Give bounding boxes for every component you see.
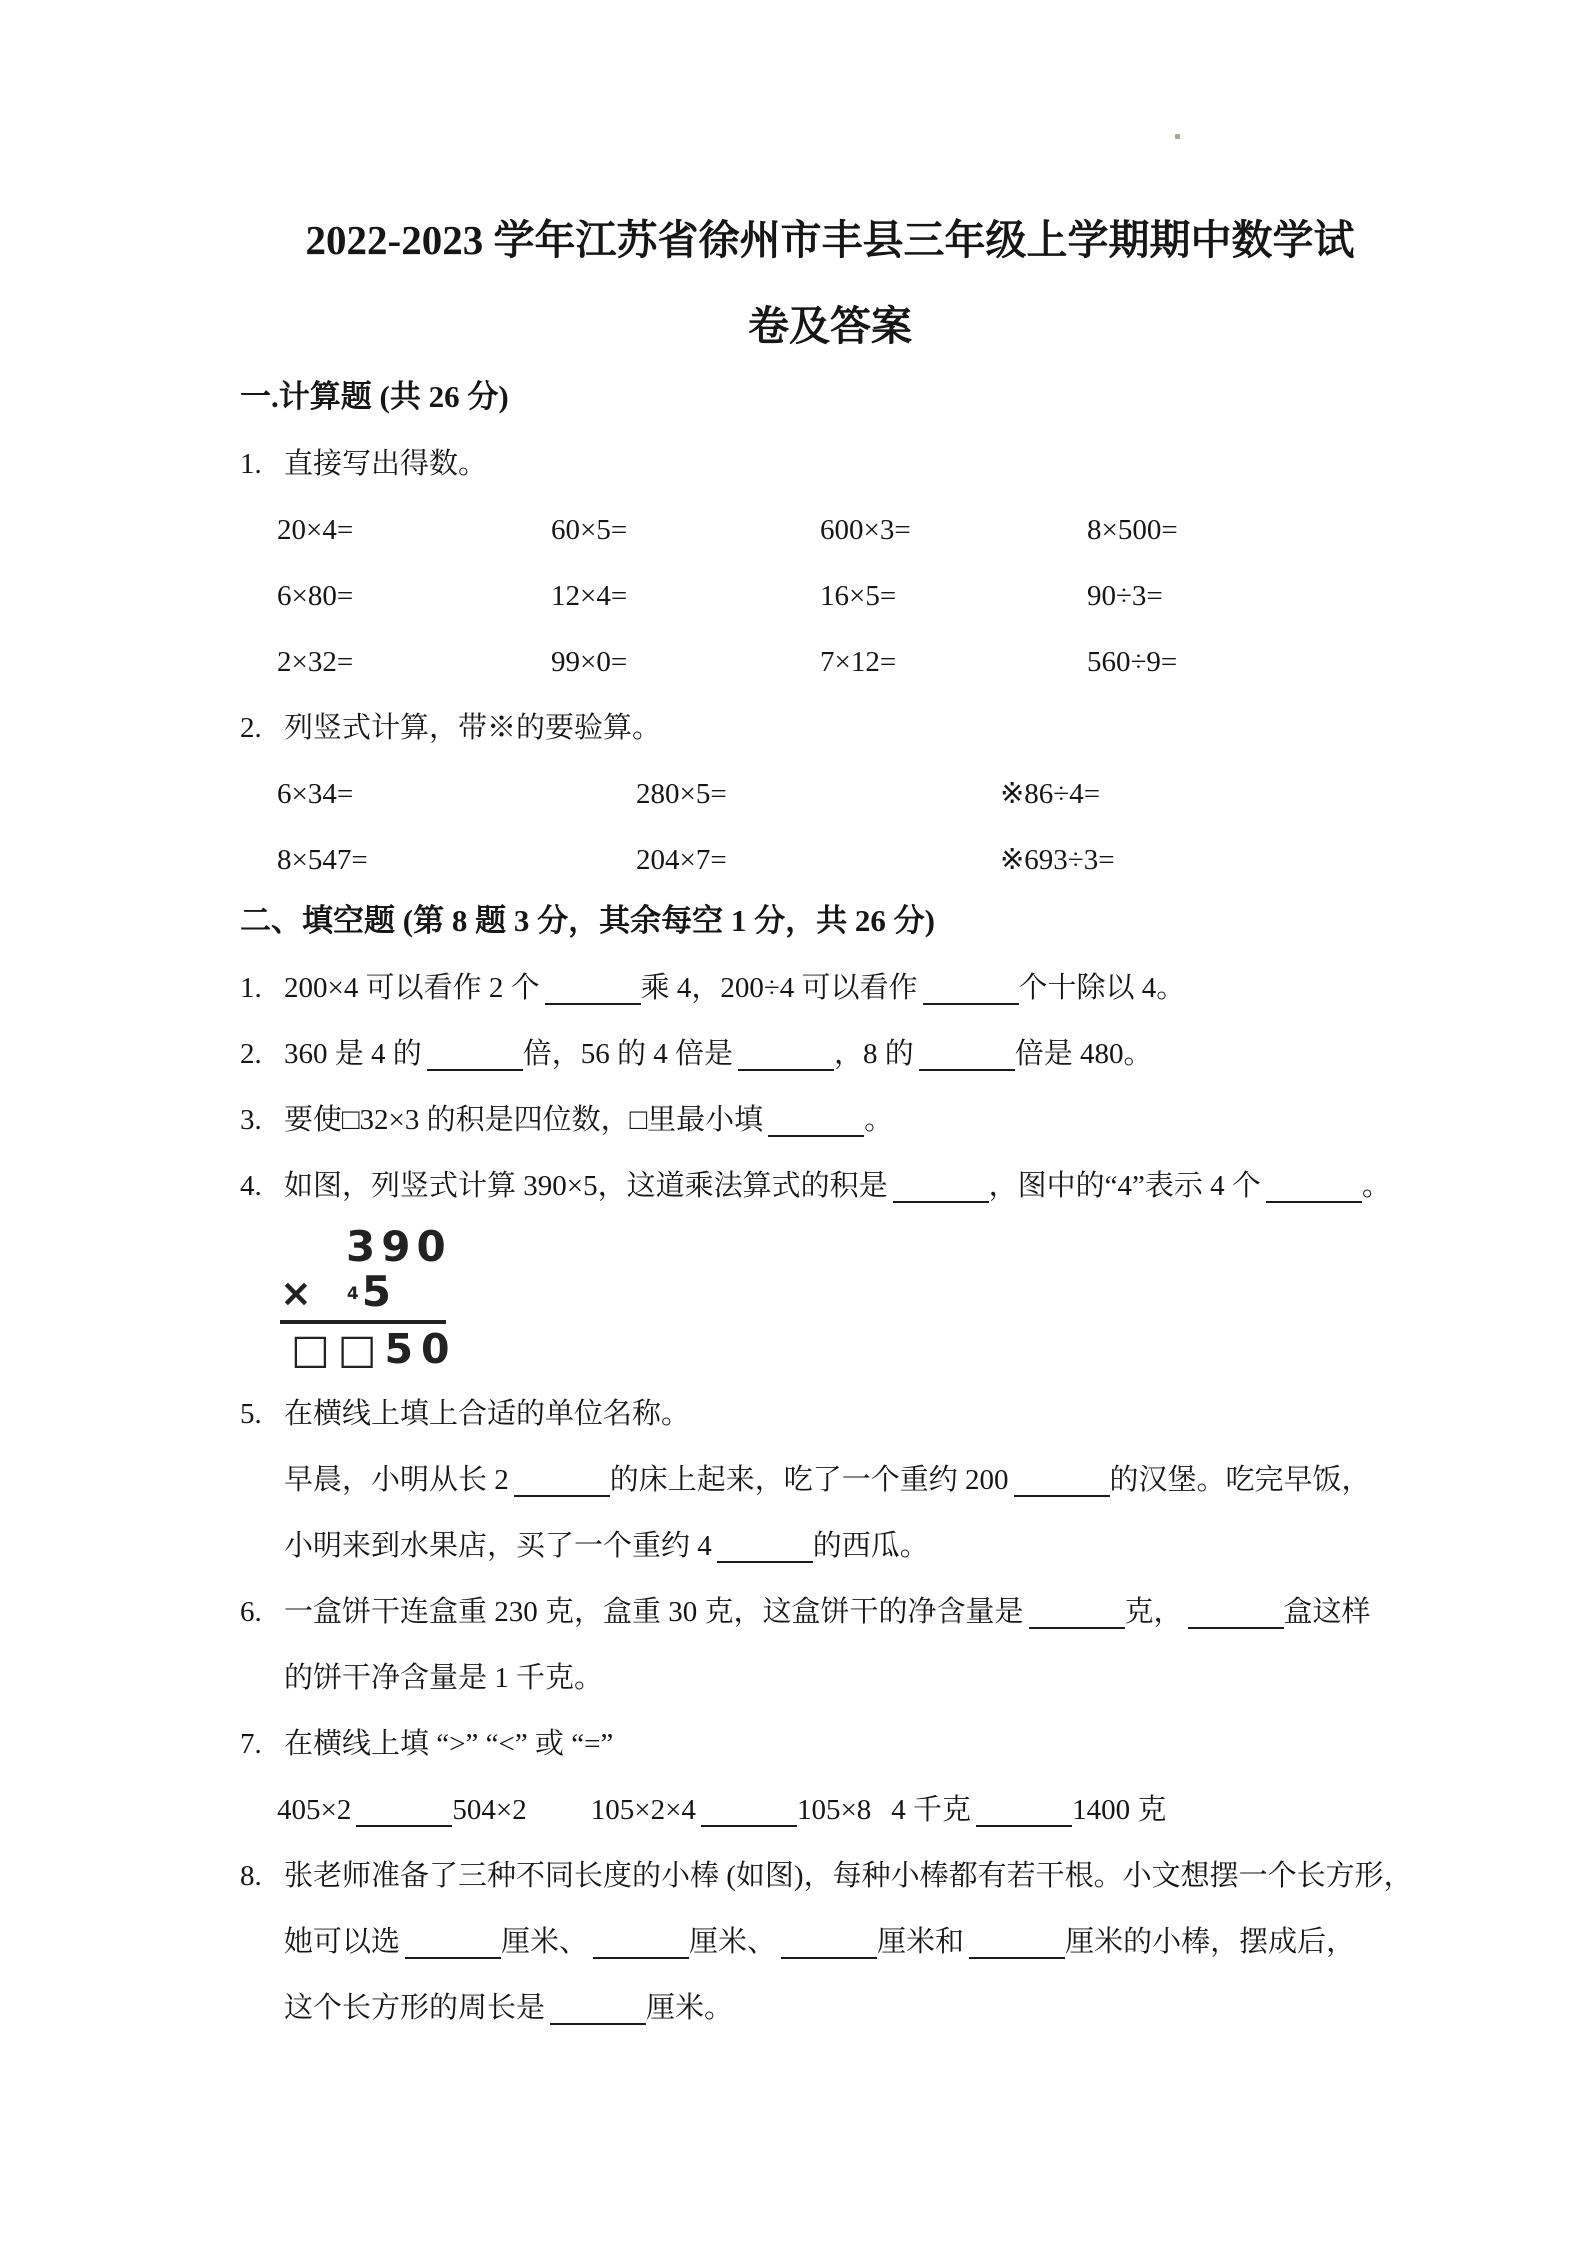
answer-blank	[781, 1927, 877, 1959]
item-text: 克，	[1125, 1596, 1183, 1628]
item-text: 厘米、	[689, 1926, 776, 1958]
fill-item-6: 6.一盒饼干连盒重 230 克，盒重 30 克，这盒饼干的净含量是克，盒这样	[240, 1579, 1420, 1645]
calc-expression: 204×7=	[636, 827, 1000, 893]
fill-item-3: 3.要使□32×3 的积是四位数，□里最小填。	[240, 1087, 1420, 1153]
fill-item-5-line-2: 早晨，小明从长 2的床上起来，吃了一个重约 200的汉堡。吃完早饭，	[240, 1447, 1420, 1513]
item-number: 1.	[240, 955, 284, 1021]
answer-blank	[356, 1795, 452, 1827]
item-text: 的饼干净含量是 1 千克。	[284, 1662, 603, 1694]
quick-calc-row-1: 20×4= 60×5= 600×3= 8×500=	[240, 497, 1420, 563]
calc-expression: 280×5=	[636, 761, 1000, 827]
item-text: 。	[1362, 1170, 1391, 1202]
multiplier-row: × 45	[280, 1269, 446, 1315]
calc-expression: ※693÷3=	[1000, 827, 1420, 893]
item-text: 的西瓜。	[813, 1530, 929, 1562]
calc-expression: 6×34=	[277, 761, 636, 827]
fill-item-4: 4.如图，列竖式计算 390×5，这道乘法算式的积是，图中的“4”表示 4 个。	[240, 1153, 1420, 1219]
fill-item-2: 2.360 是 4 的倍，56 的 4 倍是，8 的倍是 480。	[240, 1021, 1420, 1087]
item-text: 她可以选	[284, 1926, 400, 1958]
item-text: 个十除以 4。	[1019, 972, 1186, 1004]
item-text: 小明来到水果店，买了一个重约 4	[284, 1530, 712, 1562]
calc-expression: 60×5=	[551, 497, 820, 563]
calc-expression: 6×80=	[277, 563, 551, 629]
calc-expression: 16×5=	[820, 563, 1087, 629]
compare-left: 105×2×4	[591, 1794, 696, 1826]
question-2: 2.列竖式计算，带※的要验算。	[240, 695, 1420, 761]
item-text: 在横线上填上合适的单位名称。	[284, 1398, 690, 1430]
section-2-heading: 二、填空题 (第 8 题 3 分，其余每空 1 分，共 26 分)	[240, 893, 1420, 955]
calc-expression: 99×0=	[551, 629, 820, 695]
item-text: 厘米。	[646, 1992, 733, 2024]
fill-item-6-line-2: 的饼干净含量是 1 千克。	[240, 1645, 1420, 1711]
product-row: □□50	[280, 1327, 446, 1371]
calc-expression: 2×32=	[277, 629, 551, 695]
calc-expression: 7×12=	[820, 629, 1087, 695]
calc-expression: 8×547=	[277, 827, 636, 893]
item-text: 倍是 480。	[1015, 1038, 1153, 1070]
comparison-row: 405×2504×2105×2×4105×84 千克1400 克	[240, 1777, 1420, 1843]
calc-expression: 90÷3=	[1087, 563, 1420, 629]
question-1: 1.直接写出得数。	[240, 431, 1420, 497]
item-text: 要使□32×3 的积是四位数，□里最小填	[284, 1104, 763, 1136]
item-text: 倍，56 的 4 倍是	[523, 1038, 733, 1070]
item-number: 4.	[240, 1153, 284, 1219]
title-line-1: 2022-2023 学年江苏省徐州市丰县三年级上学期期中数学试	[240, 197, 1420, 283]
answer-blank	[768, 1105, 864, 1137]
item-text: 这个长方形的周长是	[284, 1992, 545, 2024]
answer-blank	[1188, 1597, 1284, 1629]
fill-item-8-line-3: 这个长方形的周长是厘米。	[240, 1975, 1420, 2041]
compare-left: 405×2	[277, 1794, 351, 1826]
quick-calc-row-3: 2×32= 99×0= 7×12= 560÷9=	[240, 629, 1420, 695]
calc-expression: ※86÷4=	[1000, 761, 1420, 827]
item-number: 7.	[240, 1711, 284, 1777]
answer-blank	[550, 1993, 646, 2025]
fill-item-5-line-3: 小明来到水果店，买了一个重约 4的西瓜。	[240, 1513, 1420, 1579]
page-title: 2022-2023 学年江苏省徐州市丰县三年级上学期期中数学试 卷及答案	[240, 197, 1420, 369]
answer-blank	[919, 1039, 1015, 1071]
section-1-heading: 一.计算题 (共 26 分)	[240, 369, 1420, 431]
item-number: 6.	[240, 1579, 284, 1645]
item-text: 早晨，小明从长 2	[284, 1464, 509, 1496]
title-line-2: 卷及答案	[240, 283, 1420, 369]
fill-item-8-line-2: 她可以选厘米、厘米、厘米和厘米的小棒，摆成后，	[240, 1909, 1420, 1975]
answer-blank	[717, 1531, 813, 1563]
item-text: 如图，列竖式计算 390×5，这道乘法算式的积是	[284, 1170, 888, 1202]
scan-artifact-dot	[1175, 134, 1180, 139]
answer-blank	[738, 1039, 834, 1071]
answer-blank	[923, 973, 1019, 1005]
multiply-sign: ×	[280, 1270, 312, 1316]
item-text: ，图中的“4”表示 4 个	[989, 1170, 1261, 1202]
compare-left: 4 千克	[891, 1794, 971, 1826]
answer-blank	[1266, 1171, 1362, 1203]
item-text: 360 是 4 的	[284, 1038, 422, 1070]
quick-calc-row-2: 6×80= 12×4= 16×5= 90÷3=	[240, 563, 1420, 629]
answer-blank	[976, 1795, 1072, 1827]
item-text: 的汉堡。吃完早饭，	[1110, 1464, 1371, 1496]
answer-blank	[427, 1039, 523, 1071]
answer-blank	[545, 973, 641, 1005]
column-calc-row-1: 6×34= 280×5= ※86÷4=	[240, 761, 1420, 827]
column-calc-row-2: 8×547= 204×7= ※693÷3=	[240, 827, 1420, 893]
vertical-multiplication-figure: 390 × 45 □□50	[280, 1225, 446, 1371]
item-text: 盒这样	[1284, 1596, 1371, 1628]
fill-item-1: 1.200×4 可以看作 2 个乘 4，200÷4 可以看作个十除以 4。	[240, 955, 1420, 1021]
answer-blank	[1029, 1597, 1125, 1629]
answer-blank	[893, 1171, 989, 1203]
page-content: 2022-2023 学年江苏省徐州市丰县三年级上学期期中数学试 卷及答案 一.计…	[0, 0, 1586, 2041]
item-text: 厘米、	[501, 1926, 588, 1958]
fill-item-5: 5.在横线上填上合适的单位名称。	[240, 1381, 1420, 1447]
compare-right: 1400 克	[1072, 1794, 1166, 1826]
answer-blank	[701, 1795, 797, 1827]
item-text: 乘 4，200÷4 可以看作	[641, 972, 918, 1004]
item-text: ，8 的	[834, 1038, 914, 1070]
item-text: 张老师准备了三种不同长度的小棒 (如图)，每种小棒都有若干根。小文想摆一个长方形…	[284, 1860, 1413, 1892]
item-number: 3.	[240, 1087, 284, 1153]
question-1-text: 直接写出得数。	[284, 448, 487, 480]
carry-digit: 4	[347, 1271, 359, 1317]
item-text: 的床上起来，吃了一个重约 200	[610, 1464, 1009, 1496]
calc-expression: 8×500=	[1087, 497, 1420, 563]
item-number: 2.	[240, 1021, 284, 1087]
question-2-number: 2.	[240, 695, 284, 761]
item-text: 厘米的小棒，摆成后，	[1065, 1926, 1355, 1958]
calc-expression: 12×4=	[551, 563, 820, 629]
calc-expression: 560÷9=	[1087, 629, 1420, 695]
calc-expression: 20×4=	[277, 497, 551, 563]
question-2-text: 列竖式计算，带※的要验算。	[284, 712, 661, 744]
item-number: 5.	[240, 1381, 284, 1447]
fill-item-8: 8.张老师准备了三种不同长度的小棒 (如图)，每种小棒都有若干根。小文想摆一个长…	[240, 1843, 1420, 1909]
item-text: 200×4 可以看作 2 个	[284, 972, 540, 1004]
item-text: 在横线上填 “>” “<” 或 “=”	[284, 1728, 613, 1760]
multiplier: 5	[362, 1269, 391, 1315]
multiplicand: 390	[280, 1225, 446, 1269]
answer-blank	[593, 1927, 689, 1959]
figure-rule	[280, 1320, 446, 1324]
answer-blank	[514, 1465, 610, 1497]
exam-page: 2022-2023 学年江苏省徐州市丰县三年级上学期期中数学试 卷及答案 一.计…	[0, 0, 1586, 2244]
question-1-number: 1.	[240, 431, 284, 497]
compare-right: 105×8	[797, 1794, 871, 1826]
answer-blank	[969, 1927, 1065, 1959]
item-text: 。	[864, 1104, 893, 1136]
compare-right: 504×2	[452, 1794, 526, 1826]
item-text: 一盒饼干连盒重 230 克，盒重 30 克，这盒饼干的净含量是	[284, 1596, 1024, 1628]
calc-expression: 600×3=	[820, 497, 1087, 563]
answer-blank	[1014, 1465, 1110, 1497]
fill-item-7: 7.在横线上填 “>” “<” 或 “=”	[240, 1711, 1420, 1777]
item-text: 厘米和	[877, 1926, 964, 1958]
answer-blank	[405, 1927, 501, 1959]
item-number: 8.	[240, 1843, 284, 1909]
